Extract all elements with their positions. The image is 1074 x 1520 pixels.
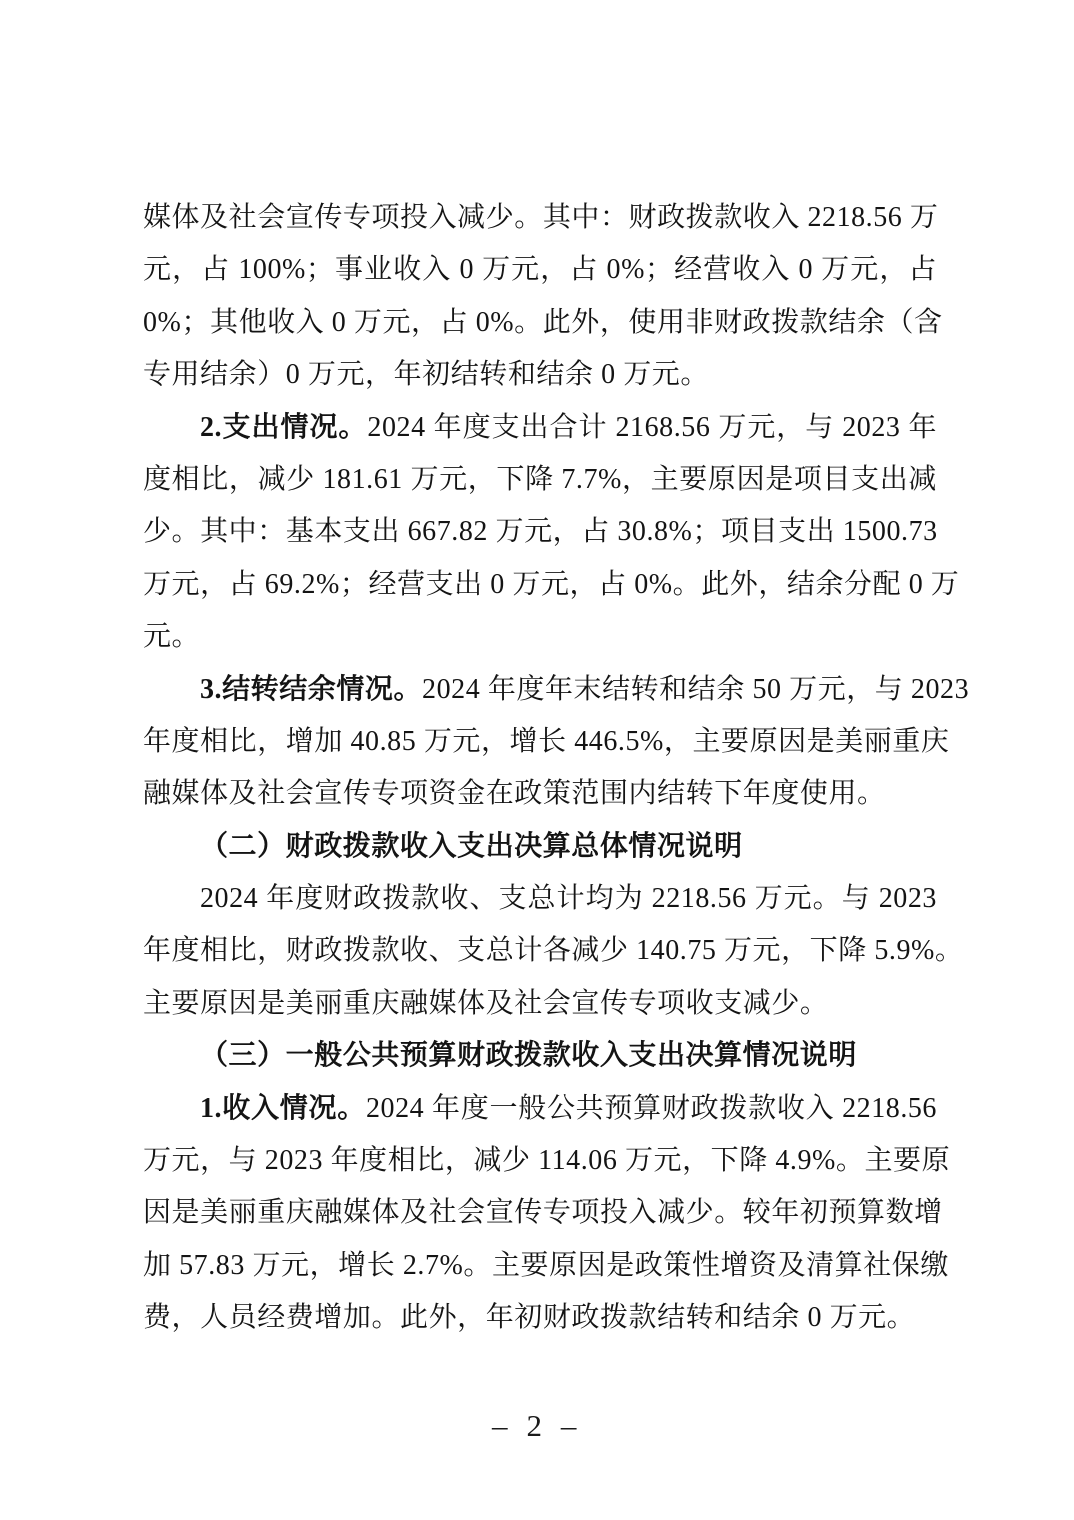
page-footer: – 2 – xyxy=(0,1404,1074,1448)
text-run: 加 57.83 万元，增长 2.7%。主要原因是政策性增资及清算社保缴 xyxy=(143,1250,949,1281)
section-heading-line: （二）财政拨款收入支出决算总体情况说明 xyxy=(143,821,937,873)
text-line: 少。其中：基本支出 667.82 万元，占 30.8%；项目支出 1500.73 xyxy=(143,506,937,558)
text-line: 2024 年度财政拨款收、支总计均为 2218.56 万元。与 2023 xyxy=(143,873,937,925)
document-body: 媒体及社会宣传专项投入减少。其中：财政拨款收入 2218.56 万元，占 100… xyxy=(143,192,937,1345)
text-run: 2024 年度一般公共预算财政拨款收入 2218.56 xyxy=(366,1093,937,1124)
text-run: 主要原因是美丽重庆融媒体及社会宣传专项收支减少。 xyxy=(143,988,828,1019)
text-line: 元。 xyxy=(143,611,937,663)
text-line: 0%；其他收入 0 万元，占 0%。此外，使用非财政拨款结余（含 xyxy=(143,297,937,349)
text-line: 1.收入情况。2024 年度一般公共预算财政拨款收入 2218.56 xyxy=(143,1083,937,1135)
bold-text-run: 3.结转结余情况。 xyxy=(200,674,422,705)
text-run: 元。 xyxy=(143,621,200,652)
text-run: 融媒体及社会宣传专项资金在政策范围内结转下年度使用。 xyxy=(143,778,886,809)
bold-text-run: （三）一般公共预算财政拨款收入支出决算情况说明 xyxy=(200,1040,857,1071)
text-run: 年度相比，财政拨款收、支总计各减少 140.75 万元，下降 5.9%。 xyxy=(143,935,964,966)
text-run: 元，占 100%；事业收入 0 万元，占 0%；经营收入 0 万元，占 xyxy=(143,254,937,285)
bold-text-run: 1.收入情况。 xyxy=(200,1093,366,1124)
text-line: 融媒体及社会宣传专项资金在政策范围内结转下年度使用。 xyxy=(143,768,937,820)
text-run: 费，人员经费增加。此外，年初财政拨款结转和结余 0 万元。 xyxy=(143,1302,915,1333)
text-run: 媒体及社会宣传专项投入减少。其中：财政拨款收入 2218.56 万 xyxy=(143,202,938,233)
text-run: 2024 年度财政拨款收、支总计均为 2218.56 万元。与 2023 xyxy=(200,883,937,914)
text-run: 万元，占 69.2%；经营支出 0 万元，占 0%。此外，结余分配 0 万 xyxy=(143,569,959,600)
text-line: 元，占 100%；事业收入 0 万元，占 0%；经营收入 0 万元，占 xyxy=(143,244,937,296)
text-line: 万元，占 69.2%；经营支出 0 万元，占 0%。此外，结余分配 0 万 xyxy=(143,559,937,611)
text-line: 专用结余）0 万元，年初结转和结余 0 万元。 xyxy=(143,349,937,401)
page-number: – 2 – xyxy=(492,1408,582,1443)
text-line: 主要原因是美丽重庆融媒体及社会宣传专项收支减少。 xyxy=(143,978,937,1030)
text-run: 万元，与 2023 年度相比，减少 114.06 万元，下降 4.9%。主要原 xyxy=(143,1145,950,1176)
text-line: 2.支出情况。2024 年度支出合计 2168.56 万元，与 2023 年 xyxy=(143,402,937,454)
bold-text-run: （二）财政拨款收入支出决算总体情况说明 xyxy=(200,831,743,862)
text-line: 因是美丽重庆融媒体及社会宣传专项投入减少。较年初预算数增 xyxy=(143,1187,937,1239)
text-run: 年度相比，增加 40.85 万元，增长 446.5%，主要原因是美丽重庆 xyxy=(143,726,950,757)
text-line: 度相比，减少 181.61 万元，下降 7.7%，主要原因是项目支出减 xyxy=(143,454,937,506)
text-run: 度相比，减少 181.61 万元，下降 7.7%，主要原因是项目支出减 xyxy=(143,464,937,495)
text-run: 少。其中：基本支出 667.82 万元，占 30.8%；项目支出 1500.73 xyxy=(143,516,938,547)
text-line: 年度相比，财政拨款收、支总计各减少 140.75 万元，下降 5.9%。 xyxy=(143,925,937,977)
text-line: 年度相比，增加 40.85 万元，增长 446.5%，主要原因是美丽重庆 xyxy=(143,716,937,768)
text-line: 媒体及社会宣传专项投入减少。其中：财政拨款收入 2218.56 万 xyxy=(143,192,937,244)
text-run: 2024 年度年末结转和结余 50 万元，与 2023 xyxy=(422,674,969,705)
text-line: 加 57.83 万元，增长 2.7%。主要原因是政策性增资及清算社保缴 xyxy=(143,1240,937,1292)
section-heading-line: （三）一般公共预算财政拨款收入支出决算情况说明 xyxy=(143,1030,937,1082)
text-run: 因是美丽重庆融媒体及社会宣传专项投入减少。较年初预算数增 xyxy=(143,1197,943,1228)
text-line: 万元，与 2023 年度相比，减少 114.06 万元，下降 4.9%。主要原 xyxy=(143,1135,937,1187)
document-page: 媒体及社会宣传专项投入减少。其中：财政拨款收入 2218.56 万元，占 100… xyxy=(0,0,1074,1520)
text-line: 费，人员经费增加。此外，年初财政拨款结转和结余 0 万元。 xyxy=(143,1292,937,1344)
text-run: 专用结余）0 万元，年初结转和结余 0 万元。 xyxy=(143,359,709,390)
text-line: 3.结转结余情况。2024 年度年末结转和结余 50 万元，与 2023 xyxy=(143,664,937,716)
text-run: 0%；其他收入 0 万元，占 0%。此外，使用非财政拨款结余（含 xyxy=(143,307,943,338)
text-run: 2024 年度支出合计 2168.56 万元，与 2023 年 xyxy=(367,412,937,443)
bold-text-run: 2.支出情况。 xyxy=(200,412,367,443)
